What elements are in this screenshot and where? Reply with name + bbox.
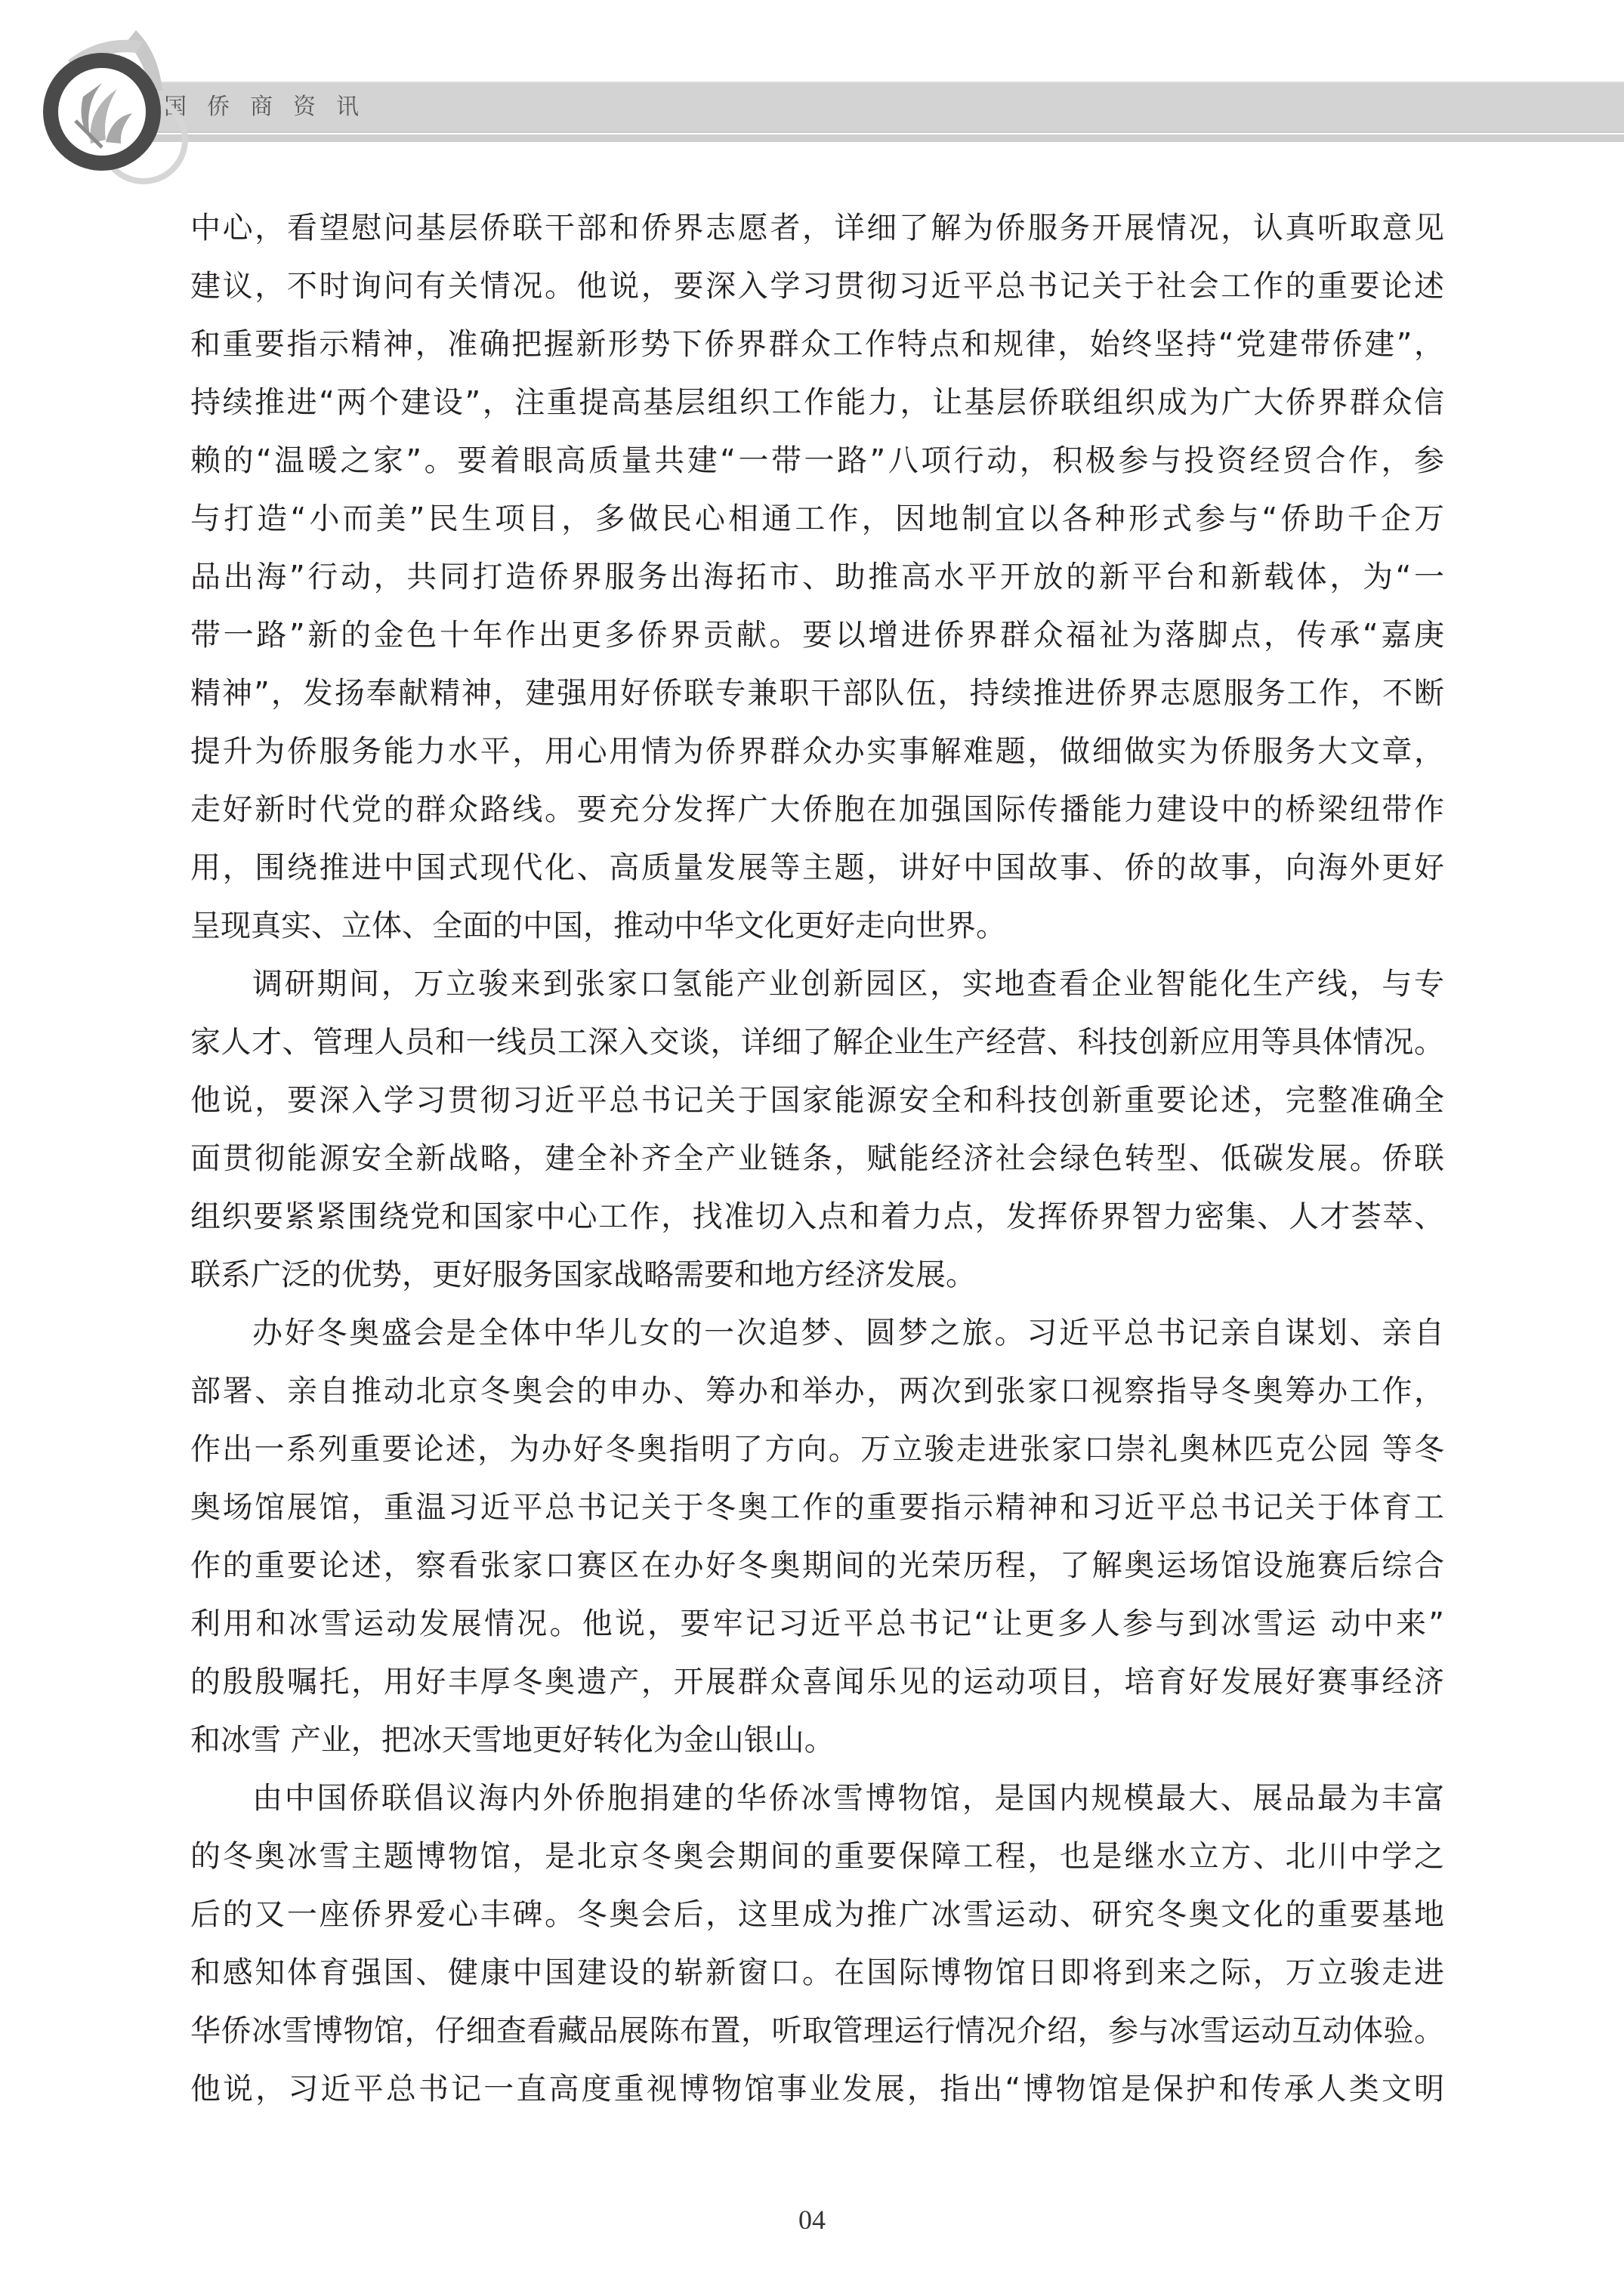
text-line: 提升为侨服务能力水平，用心用情为侨界群众办实事解难题，做细做实为侨服务大文章， [190,723,1444,781]
text-line: 作的重要论述，察看张家口赛区在办好冬奥期间的光荣历程，了解奥运场馆设施赛后综合 [190,1537,1444,1595]
text-line: 和感知体育强国、健康中国建设的崭新窗口。在国际博物馆日即将到来之际，万立骏走进 [190,1944,1444,2002]
text-line: 与打造“小而美”民生项目，多做民心相通工作，因地制宜以各种形式参与“侨助千企万 [190,490,1444,548]
paragraph: 办好冬奥盛会是全体中华儿女的一次追梦、圆梦之旅。习近平总书记亲自谋划、亲自 部署… [190,1304,1444,1770]
text-line: 的殷殷嘱托，用好丰厚冬奥遗产，开展群众喜闻乐见的运动项目，培育好发展好赛事经济 [190,1653,1444,1711]
text-line: 家人才、管理人员和一线员工深入交谈，详细了解企业生产经营、科技创新应用等具体情况… [190,1014,1444,1072]
header-rule [106,134,1624,142]
text-line: 后的又一座侨界爱心丰碑。冬奥会后，这里成为推广冰雪运动、研究冬奥文化的重要基地 [190,1886,1444,1944]
text-line: 和重要指示精神，准确把握新形势下侨界群众工作特点和规律，始终坚持“党建带侨建”， [190,316,1444,374]
text-line: 赖的“温暖之家”。要着眼高质量共建“一带一路”八项行动，积极参与投资经贸合作，参 [190,432,1444,490]
text-line: 中心，看望慰问基层侨联干部和侨界志愿者，详细了解为侨服务开展情况，认真听取意见 [190,199,1444,258]
text-line: 呈现真实、立体、全面的中国，推动中华文化更好走向世界。 [190,897,1444,955]
paragraph: 中心，看望慰问基层侨联干部和侨界志愿者，详细了解为侨服务开展情况，认真听取意见 … [190,199,1444,955]
text-line: 带一路”新的金色十年作出更多侨界贡献。要以增进侨界群众福祉为落脚点，传承“嘉庚 [190,606,1444,665]
text-line: 奥场馆展馆，重温习近平总书记关于冬奥工作的重要指示精神和习近平总书记关于体育工 [190,1479,1444,1537]
paragraph: 调研期间，万立骏来到张家口氢能产业创新园区，实地查看企业智能化生产线，与专 家人… [190,955,1444,1304]
text-line: 精神”，发扬奉献精神，建强用好侨联专兼职干部队伍，持续推进侨界志愿服务工作，不断 [190,665,1444,723]
text-line: 面贯彻能源安全新战略，建全补齐全产业链条，赋能经济社会绿色转型、低碳发展。侨联 [190,1130,1444,1188]
text-line: 部署、亲自推动北京冬奥会的申办、筹办和举办，两次到张家口视察指导冬奥筹办工作， [190,1363,1444,1421]
text-line: 华侨冰雪博物馆，仔细查看藏品展陈布置，听取管理运行情况介绍，参与冰雪运动互动体验… [190,2002,1444,2060]
text-line: 和冰雪 产业，把冰天雪地更好转化为金山银山。 [190,1711,1444,1770]
text-line: 他说，习近平总书记一直高度重视博物馆事业发展，指出“博物馆是保护和传承人类文明 [190,2060,1444,2119]
text-line: 用，围绕推进中国式现代化、高质量发展等主题，讲好中国故事、侨的故事，向海外更好 [190,839,1444,897]
text-line: 品出海”行动，共同打造侨界服务出海拓市、助推高水平开放的新平台和新载体，为“一 [190,548,1444,606]
page-header: 中国侨商资讯 [0,0,1624,189]
text-line: 办好冬奥盛会是全体中华儿女的一次追梦、圆梦之旅。习近平总书记亲自谋划、亲自 [190,1304,1444,1363]
text-line: 持续推进“两个建设”，注重提高基层组织工作能力，让基层侨联组织成为广大侨界群众信 [190,374,1444,432]
text-line: 由中国侨联倡议海内外侨胞捐建的华侨冰雪博物馆，是国内规模最大、展品最为丰富 [190,1770,1444,1828]
text-line: 组织要紧紧围绕党和国家中心工作，找准切入点和着力点，发挥侨界智力密集、人才荟萃、 [190,1188,1444,1246]
article-body: 中心，看望慰问基层侨联干部和侨界志愿者，详细了解为侨服务开展情况，认真听取意见 … [190,199,1444,2119]
text-line: 联系广泛的优势，更好服务国家战略需要和地方经济发展。 [190,1246,1444,1304]
text-line: 的冬奥冰雪主题博物馆，是北京冬奥会期间的重要保障工程，也是继水立方、北川中学之 [190,1828,1444,1886]
page-number: 04 [0,2204,1624,2236]
text-line: 建议，不时询问有关情况。他说，要深入学习贯彻习近平总书记关于社会工作的重要论述 [190,258,1444,316]
text-line: 利用和冰雪运动发展情况。他说，要牢记习近平总书记“让更多人参与到冰雪运 动中来” [190,1595,1444,1653]
text-line: 作出一系列重要论述，为办好冬奥指明了方向。万立骏走进张家口崇礼奥林匹克公园 等冬 [190,1421,1444,1479]
text-line: 走好新时代党的群众路线。要充分发挥广大侨胞在加强国际传播能力建设中的桥梁纽带作 [190,781,1444,839]
paragraph: 由中国侨联倡议海内外侨胞捐建的华侨冰雪博物馆，是国内规模最大、展品最为丰富 的冬… [190,1770,1444,2119]
text-line: 调研期间，万立骏来到张家口氢能产业创新园区，实地查看企业智能化生产线，与专 [190,955,1444,1014]
text-line: 他说，要深入学习贯彻习近平总书记关于国家能源安全和科技创新重要论述，完整准确全 [190,1072,1444,1130]
federation-logo-icon [30,8,211,185]
